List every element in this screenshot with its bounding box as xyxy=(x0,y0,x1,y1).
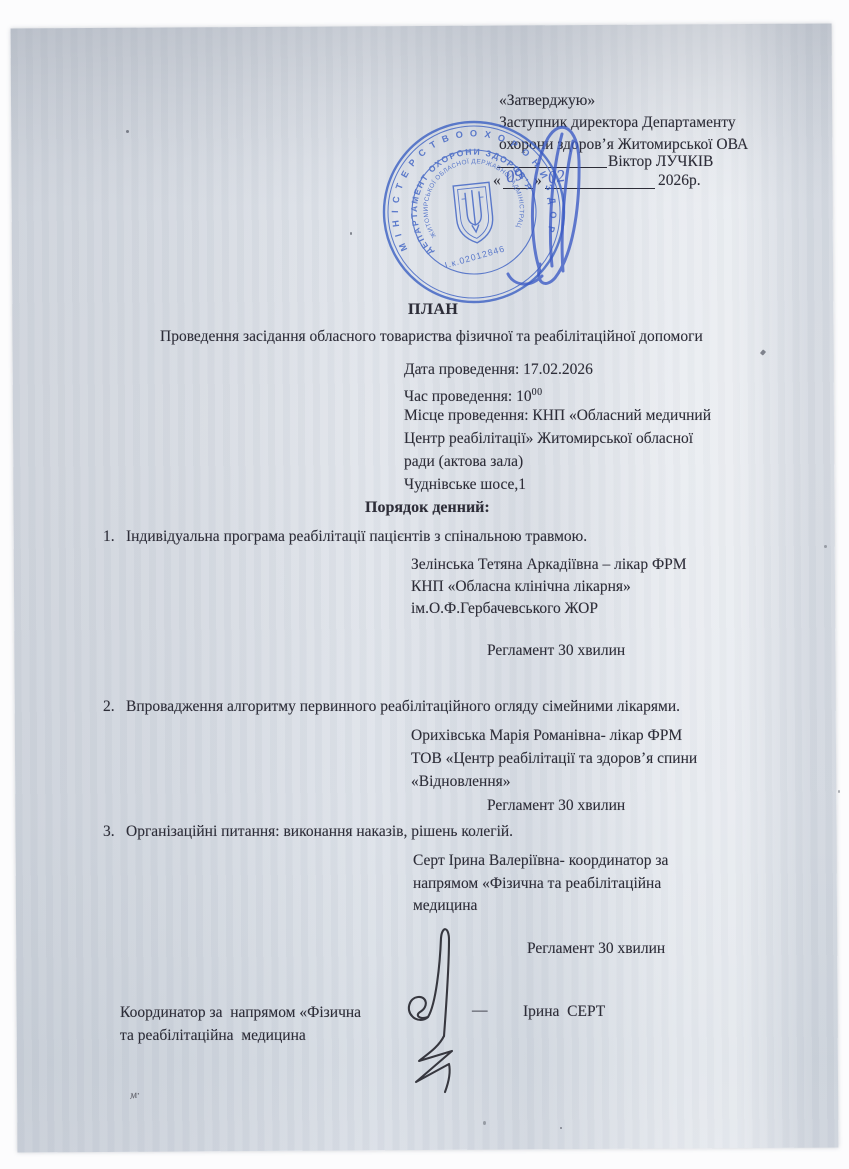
document-title: ПЛАН xyxy=(408,299,458,322)
scan-speck xyxy=(838,790,840,793)
agenda-item-2-regulation: Регламент 30 хвилин xyxy=(487,795,625,818)
agenda-item-2-number: 2. xyxy=(103,696,115,719)
agenda-item-1-speaker-line1: Зелінська Тетяна Аркадіївна – лікар ФРМ xyxy=(411,554,687,577)
agenda-item-2-speaker-line1: Орихівська Марія Романівна- лікар ФРМ xyxy=(411,725,682,748)
approval-quote: «Затверджую» xyxy=(499,90,595,113)
meeting-place-line1: Місце проведення: КНП «Обласний медичний xyxy=(404,405,711,428)
agenda-item-1-speaker-line2: КНП «Обласна клінічна лікарня» xyxy=(411,576,631,599)
coordinator-role-line2: та реабілітаційна медицина xyxy=(120,1025,306,1048)
scan-speck xyxy=(824,545,827,548)
scan-speck xyxy=(560,1127,562,1129)
agenda-item-1-number: 1. xyxy=(103,526,115,549)
scan-speck xyxy=(126,130,129,133)
document-subtitle: Проведення засідання обласного товариств… xyxy=(160,326,703,349)
agenda-item-3-speaker-line1: Серт Ірина Валеріївна- координатор за xyxy=(413,850,668,873)
agenda-item-3-topic: Організаційні питання: виконання наказів… xyxy=(126,821,513,844)
coordinator-pen-signature xyxy=(404,924,489,1099)
agenda-item-3-speaker-line2: напрямом «Фізична та реабілітаційна xyxy=(413,873,661,896)
stamp-registry-code: І.к.02012846 xyxy=(444,243,507,270)
agenda-heading: Порядок денний: xyxy=(365,497,490,520)
agenda-item-3-regulation: Регламент 30 хвилин xyxy=(527,938,665,961)
agenda-item-1-regulation: Регламент 30 хвилин xyxy=(487,640,625,663)
scan-speck xyxy=(483,1121,486,1125)
meeting-place-line3: ради (актова зала) xyxy=(404,451,523,474)
meeting-time-text: Час проведення: 10 xyxy=(404,388,532,405)
ukraine-trident-emblem-icon xyxy=(453,182,495,244)
agenda-item-2-speaker-line2: ТОВ «Центр реабілітації та здоров’я спин… xyxy=(411,748,697,771)
agenda-item-1-topic: Індивідуальна програма реабілітації паці… xyxy=(126,526,587,549)
agenda-item-2-topic: Впровадження алгоритму первинного реабіл… xyxy=(126,696,680,719)
meeting-date: Дата проведення: 17.02.2026 xyxy=(404,359,593,382)
meeting-time-superscript: 00 xyxy=(532,387,543,398)
agenda-item-2-speaker-line3: «Відновлення» xyxy=(411,771,511,794)
scan-speck xyxy=(350,232,352,235)
agenda-item-3-number: 3. xyxy=(103,821,115,844)
approver-pen-signature xyxy=(500,116,610,306)
coordinator-role-line1: Координатор за напрямом «Фізична xyxy=(120,1002,361,1025)
scanned-document-page: { "document": { "approval": { "quote": "… xyxy=(0,0,849,1169)
meeting-address: Чуднівське шосе,1 xyxy=(404,474,526,497)
signer-name: Ірина СЕРТ xyxy=(523,1001,605,1024)
agenda-item-1-speaker-line3: ім.О.Ф.Гербачевського ЖОР xyxy=(411,598,598,621)
meeting-place-line2: Центр реабілітації» Житомирської обласно… xyxy=(404,428,693,451)
agenda-item-3-speaker-line3: медицина xyxy=(413,895,477,918)
date-year: 2026р. xyxy=(658,170,701,193)
